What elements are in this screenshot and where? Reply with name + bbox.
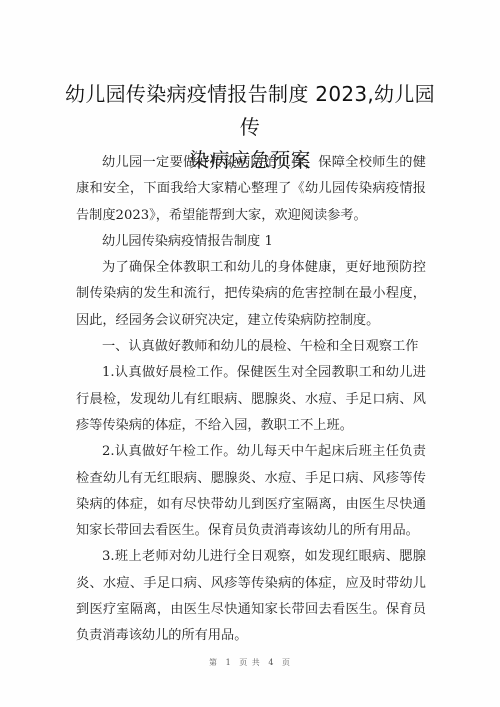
footer-suffix: 页	[282, 658, 291, 667]
page-footer: 第 1 页 共 4 页	[0, 657, 500, 668]
section-heading-1: 一、认真做好教师和幼儿的晨检、午检和全日观察工作	[76, 334, 426, 360]
document-body: 幼儿园一定要做好传染病防治工作，保障全校师生的健康和安全，下面我给大家精心整理了…	[76, 150, 426, 650]
item-3-paragraph: 3.班上老师对幼儿进行全日观察，如发现红眼病、腮腺炎、水痘、手足口病、风疹等传染…	[76, 544, 426, 649]
document-page: 幼儿园传染病疫情报告制度 2023,幼儿园传 染病应急预案 幼儿园一定要做好传染…	[0, 0, 500, 707]
total-pages-number: 4	[268, 658, 274, 667]
section-title: 幼儿园传染病疫情报告制度 1	[76, 229, 426, 255]
item-1-paragraph: 1.认真做好晨检工作。保健医生对全园教职工和幼儿进行晨检，发现幼儿有红眼病、腮腺…	[76, 360, 426, 439]
purpose-paragraph: 为了确保全体教职工和幼儿的身体健康，更好地预防控制传染病的发生和流行，把传染病的…	[76, 255, 426, 334]
intro-paragraph: 幼儿园一定要做好传染病防治工作，保障全校师生的健康和安全，下面我给大家精心整理了…	[76, 150, 426, 229]
title-line-1: 幼儿园传染病疫情报告制度 2023,幼儿园传	[60, 78, 440, 144]
footer-mid: 页 共	[239, 658, 261, 667]
current-page-number: 1	[226, 658, 232, 667]
item-2-paragraph: 2.认真做好午检工作。幼儿每天中午起床后班主任负责检查幼儿有无红眼病、腮腺炎、水…	[76, 439, 426, 544]
footer-prefix: 第	[209, 658, 218, 667]
